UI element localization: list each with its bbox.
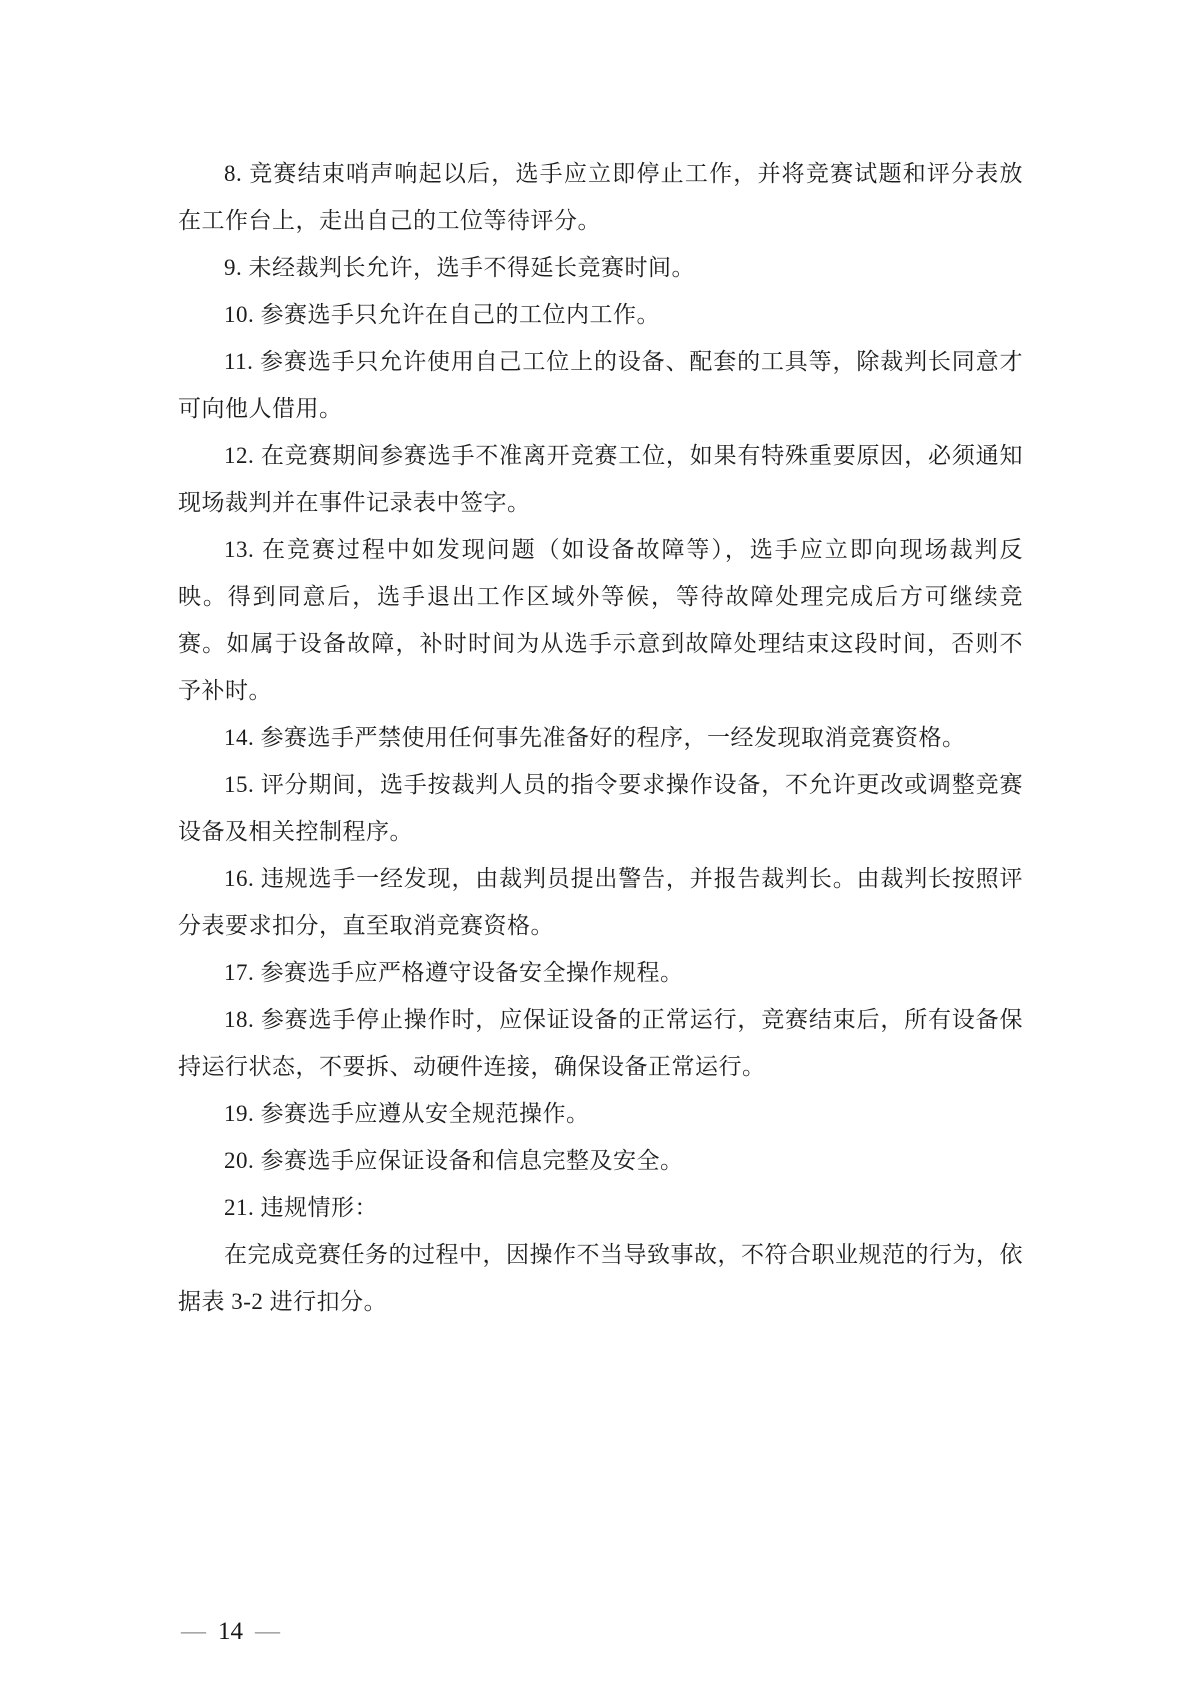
rules-text-block: 8. 竞赛结束哨声响起以后，选手应立即停止工作，并将竞赛试题和评分表放在工作台上… xyxy=(178,150,1023,1325)
rule-item-8: 8. 竞赛结束哨声响起以后，选手应立即停止工作，并将竞赛试题和评分表放在工作台上… xyxy=(178,150,1023,244)
rule-item-18: 18. 参赛选手停止操作时，应保证设备的正常运行，竞赛结束后，所有设备保持运行状… xyxy=(178,996,1023,1090)
footer-right-dash: — xyxy=(255,1618,280,1645)
rule-item-12: 12. 在竞赛期间参赛选手不准离开竞赛工位，如果有特殊重要原因，必须通知现场裁判… xyxy=(178,432,1023,526)
rule-item-17: 17. 参赛选手应严格遵守设备安全操作规程。 xyxy=(178,949,1023,996)
rule-item-21: 21. 违规情形： xyxy=(178,1184,1023,1231)
closing-paragraph: 在完成竞赛任务的过程中，因操作不当导致事故，不符合职业规范的行为，依据表 3-2… xyxy=(178,1231,1023,1325)
rule-item-20: 20. 参赛选手应保证设备和信息完整及安全。 xyxy=(178,1137,1023,1184)
footer-left-dash: — xyxy=(181,1618,206,1645)
rule-item-19: 19. 参赛选手应遵从安全规范操作。 xyxy=(178,1090,1023,1137)
document-page: 8. 竞赛结束哨声响起以后，选手应立即停止工作，并将竞赛试题和评分表放在工作台上… xyxy=(0,0,1199,1696)
rule-item-11: 11. 参赛选手只允许使用自己工位上的设备、配套的工具等，除裁判长同意才可向他人… xyxy=(178,338,1023,432)
rule-item-14: 14. 参赛选手严禁使用任何事先准备好的程序，一经发现取消竞赛资格。 xyxy=(178,714,1023,761)
page-footer: —14— xyxy=(181,1616,280,1648)
rule-item-9: 9. 未经裁判长允许，选手不得延长竞赛时间。 xyxy=(178,244,1023,291)
rule-item-10: 10. 参赛选手只允许在自己的工位内工作。 xyxy=(178,291,1023,338)
page-number: 14 xyxy=(206,1618,255,1645)
rule-item-16: 16. 违规选手一经发现，由裁判员提出警告，并报告裁判长。由裁判长按照评分表要求… xyxy=(178,855,1023,949)
rule-item-15: 15. 评分期间，选手按裁判人员的指令要求操作设备，不允许更改或调整竞赛设备及相… xyxy=(178,761,1023,855)
rule-item-13: 13. 在竞赛过程中如发现问题（如设备故障等），选手应立即向现场裁判反映。得到同… xyxy=(178,526,1023,714)
